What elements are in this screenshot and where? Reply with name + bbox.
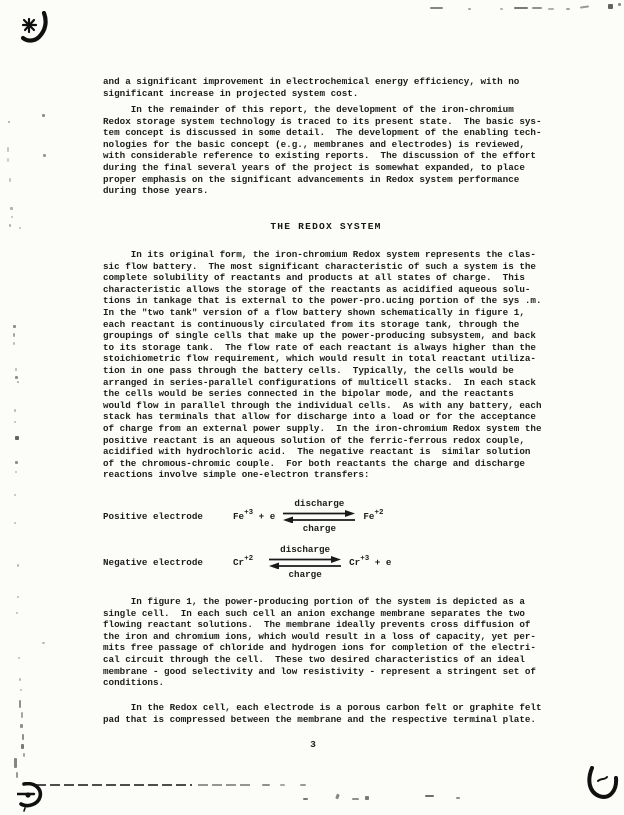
scan-artifact-line-bottom-2: [198, 784, 254, 786]
paragraph-5: In the Redox cell, each electrode is a p…: [103, 702, 542, 725]
scan-speck: [14, 758, 17, 768]
reversible-reaction-arrows: discharge charge: [281, 499, 357, 534]
scan-speck: [14, 522, 16, 524]
scan-artifact-line-bottom: [36, 784, 192, 786]
reverse-reaction-label: charge: [303, 524, 336, 534]
scan-speck: [7, 147, 9, 152]
scan-speck: [9, 224, 11, 227]
equation-negative-electrode: Negative electrode Cr+2 discharge charge…: [103, 543, 391, 581]
scan-speck: [14, 494, 16, 496]
scan-speck: [14, 421, 16, 423]
section-heading: THE REDOX SYSTEM: [103, 221, 549, 233]
equilibrium-arrows-icon: [269, 556, 341, 569]
equation-positive-electrode: Positive electrode Fe+3 + e discharge ch…: [103, 497, 383, 535]
paragraph-1: and a significant improvement in electro…: [103, 76, 519, 99]
forward-reaction-label: discharge: [294, 499, 344, 509]
reverse-reaction-label: charge: [288, 570, 321, 580]
page-number: 3: [103, 739, 523, 751]
scan-speck: [11, 216, 13, 218]
product-term: Cr+3 + e: [349, 555, 391, 568]
equation-formula: Fe+3 + e discharge charge Fe+2: [233, 499, 383, 534]
scan-speck: [19, 700, 21, 708]
scan-speck: [23, 753, 25, 757]
product-term: Fe+2: [363, 509, 383, 522]
scan-speck: [16, 772, 18, 778]
scan-speck: [17, 381, 19, 383]
handwritten-mark-top-left-icon: [20, 11, 54, 47]
scan-speck: [15, 376, 18, 379]
equation-label: Negative electrode: [103, 557, 233, 568]
scan-speck: [42, 114, 45, 117]
scan-speck: [13, 333, 15, 337]
scan-speck: [17, 596, 19, 598]
scan-speck: [42, 642, 45, 644]
scan-speck: [43, 154, 46, 157]
paragraph-2: In the remainder of this report, the dev…: [103, 104, 542, 197]
paragraph-3: In its original form, the iron-chromium …: [103, 249, 542, 481]
scan-speck: [15, 368, 17, 371]
scan-speck: [22, 734, 24, 740]
handwritten-mark-bottom-right-icon: [586, 766, 620, 806]
scan-speck: [13, 342, 15, 345]
scan-speck: [21, 744, 24, 749]
reactant-term: Cr+2: [233, 555, 253, 568]
scan-speck: [20, 689, 22, 691]
handwritten-mark-bottom-left-icon: [17, 782, 45, 812]
scan-speck: [15, 461, 18, 464]
scan-speck: [18, 657, 20, 659]
paragraph-4: In figure 1, the power-producing portion…: [103, 596, 536, 689]
reactant-term: Fe+3 + e: [233, 509, 275, 522]
scan-speck: [21, 712, 23, 718]
scan-speck: [14, 409, 16, 412]
scan-speck: [8, 121, 10, 123]
scan-speck: [17, 564, 19, 567]
scan-speck: [20, 724, 23, 728]
reversible-reaction-arrows: discharge charge: [267, 545, 343, 580]
scan-speck: [13, 325, 16, 328]
equilibrium-arrows-icon: [283, 510, 355, 523]
scan-speck: [7, 158, 9, 162]
scan-speck: [9, 178, 11, 182]
scan-speck: [10, 207, 13, 210]
scan-speck: [19, 227, 21, 229]
scanned-report-page: and a significant improvement in electro…: [0, 0, 624, 815]
scan-speck: [15, 436, 19, 440]
scan-speck: [16, 612, 18, 614]
equation-label: Positive electrode: [103, 511, 233, 522]
scan-speck: [15, 471, 17, 473]
equation-formula: Cr+2 discharge charge Cr+3 + e: [233, 545, 391, 580]
forward-reaction-label: discharge: [280, 545, 330, 555]
scan-speck: [19, 678, 21, 681]
